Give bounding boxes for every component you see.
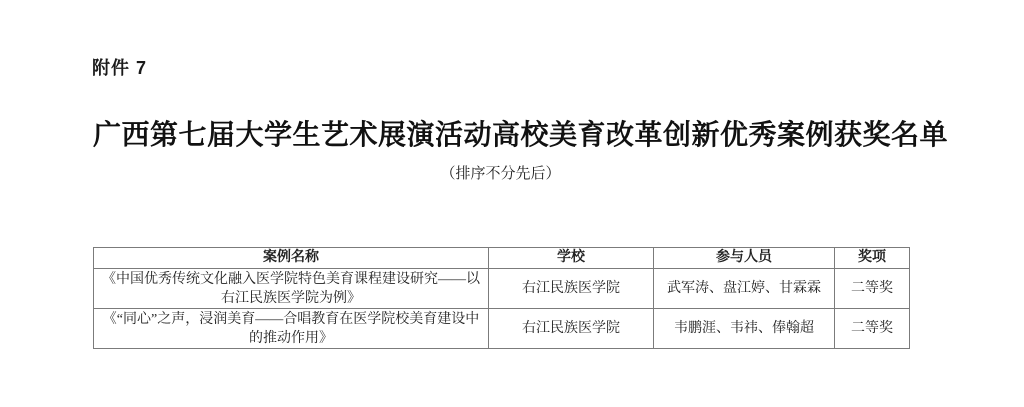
table-row: 《中国优秀传统文化融入医学院特色美育课程建设研究——以右江民族医学院为例》 右江… (94, 269, 910, 309)
cell-award: 二等奖 (835, 269, 910, 309)
cell-case-name: 《中国优秀传统文化融入医学院特色美育课程建设研究——以右江民族医学院为例》 (94, 269, 489, 309)
document-subtitle: （排序不分先后） (93, 162, 908, 183)
cell-school: 右江民族医学院 (489, 309, 654, 349)
header-award: 奖项 (835, 248, 910, 269)
header-row: 案例名称 学校 参与人员 奖项 (94, 248, 910, 269)
cell-case-name: 《“同心”之声，浸润美育——合唱教育在医学院校美育建设中的推动作用》 (94, 309, 489, 349)
cell-award: 二等奖 (835, 309, 910, 349)
cell-school: 右江民族医学院 (489, 269, 654, 309)
attachment-label: 附件 7 (92, 54, 147, 80)
awards-table-header: 案例名称 学校 参与人员 奖项 (94, 248, 910, 269)
cell-participants: 韦鹏涯、韦祎、俸翰超 (654, 309, 835, 349)
table-row: 《“同心”之声，浸润美育——合唱教育在医学院校美育建设中的推动作用》 右江民族医… (94, 309, 910, 349)
header-participants: 参与人员 (654, 248, 835, 269)
awards-table: 案例名称 学校 参与人员 奖项 《中国优秀传统文化融入医学院特色美育课程建设研究… (93, 247, 910, 349)
awards-table-body: 《中国优秀传统文化融入医学院特色美育课程建设研究——以右江民族医学院为例》 右江… (94, 269, 910, 349)
document-page: 附件 7 广西第七届大学生艺术展演活动高校美育改革创新优秀案例获奖名单 （排序不… (0, 0, 1024, 407)
document-title: 广西第七届大学生艺术展演活动高校美育改革创新优秀案例获奖名单 (93, 113, 908, 153)
cell-participants: 武军涛、盘江婷、甘霖霖 (654, 269, 835, 309)
header-school: 学校 (489, 248, 654, 269)
header-case-name: 案例名称 (94, 248, 489, 269)
